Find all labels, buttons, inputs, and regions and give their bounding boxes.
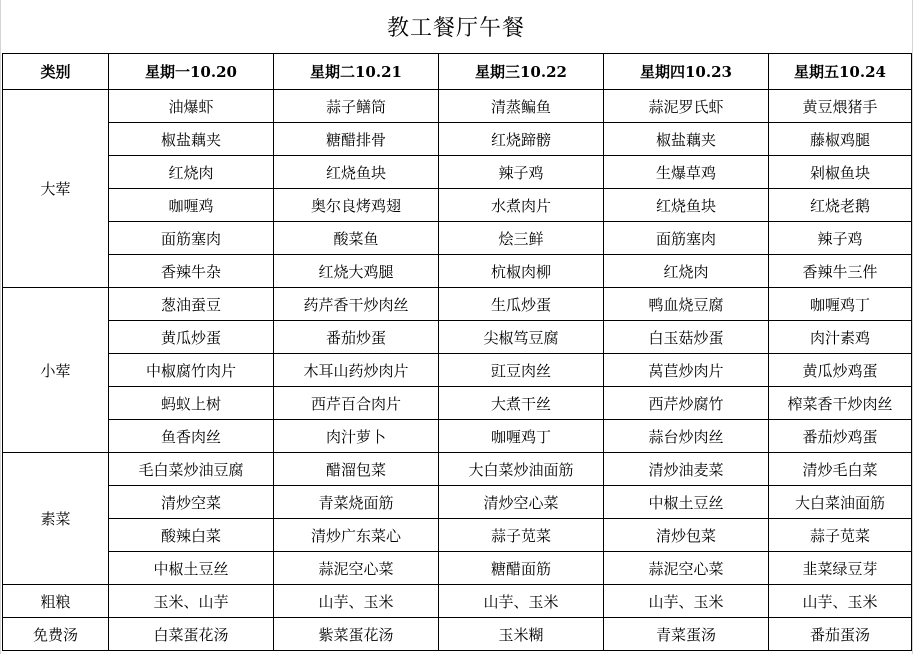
dish-cell: 玉米糊 [439, 618, 604, 651]
header-category: 类别 [3, 54, 109, 90]
header-row: 类别 星期一10.20 星期二10.21 星期三10.22 星期四10.23 星… [3, 54, 912, 90]
sheet-gridline [0, 0, 1, 654]
table-row: 红烧肉 红烧鱼块 辣子鸡 生爆草鸡 剁椒鱼块 [3, 156, 912, 189]
dish-cell: 鱼香肉丝 [109, 420, 274, 453]
dish-cell: 番茄炒鸡蛋 [769, 420, 912, 453]
dish-cell: 红烧蹄髈 [439, 123, 604, 156]
dish-cell: 奥尔良烤鸡翅 [274, 189, 439, 222]
dish-cell: 白菜蛋花汤 [109, 618, 274, 651]
category-cell: 粗粮 [3, 585, 109, 618]
dish-cell: 红烧肉 [109, 156, 274, 189]
table-row: 小荤 葱油蚕豆 药芹香干炒肉丝 生瓜炒蛋 鸭血烧豆腐 咖喱鸡丁 [3, 288, 912, 321]
dish-cell: 番茄炒蛋 [274, 321, 439, 354]
dish-cell: 蒜台炒肉丝 [604, 420, 769, 453]
dish-cell: 酸辣白菜 [109, 519, 274, 552]
dish-cell: 清炒油麦菜 [604, 453, 769, 486]
dish-cell: 清炒毛白菜 [769, 453, 912, 486]
dish-cell: 肉汁萝卜 [274, 420, 439, 453]
dish-cell: 莴苣炒肉片 [604, 354, 769, 387]
dish-cell: 青菜烧面筋 [274, 486, 439, 519]
dish-cell: 面筋塞肉 [604, 222, 769, 255]
dish-cell: 中椒土豆丝 [604, 486, 769, 519]
dish-cell: 红烧鱼块 [604, 189, 769, 222]
dish-cell: 醋溜包菜 [274, 453, 439, 486]
dish-cell: 榨菜香干炒肉丝 [769, 387, 912, 420]
dish-cell: 韭菜绿豆芽 [769, 552, 912, 585]
table-row: 香辣牛杂 红烧大鸡腿 杭椒肉柳 红烧肉 香辣牛三件 [3, 255, 912, 288]
dish-cell: 香辣牛杂 [109, 255, 274, 288]
dish-cell: 清炒空心菜 [439, 486, 604, 519]
table-row: 面筋塞肉 酸菜鱼 烩三鲜 面筋塞肉 辣子鸡 [3, 222, 912, 255]
dish-cell: 辣子鸡 [769, 222, 912, 255]
dish-cell: 鸭血烧豆腐 [604, 288, 769, 321]
dish-cell: 山芋、玉米 [769, 585, 912, 618]
dish-cell: 清炒广东菜心 [274, 519, 439, 552]
dish-cell: 山芋、玉米 [274, 585, 439, 618]
dish-cell: 中椒腐竹肉片 [109, 354, 274, 387]
dish-cell: 酸菜鱼 [274, 222, 439, 255]
dish-cell: 白玉菇炒蛋 [604, 321, 769, 354]
table-row: 免费汤 白菜蛋花汤 紫菜蛋花汤 玉米糊 青菜蛋汤 番茄蛋汤 [3, 618, 912, 651]
dish-cell: 西芹炒腐竹 [604, 387, 769, 420]
table-row: 中椒腐竹肉片 木耳山药炒肉片 豇豆肉丝 莴苣炒肉片 黄瓜炒鸡蛋 [3, 354, 912, 387]
dish-cell: 糖醋面筋 [439, 552, 604, 585]
dish-cell: 尖椒笃豆腐 [439, 321, 604, 354]
dish-cell: 红烧老鹅 [769, 189, 912, 222]
dish-cell: 大白菜炒油面筋 [439, 453, 604, 486]
dish-cell: 杭椒肉柳 [439, 255, 604, 288]
menu-table: 类别 星期一10.20 星期二10.21 星期三10.22 星期四10.23 星… [2, 53, 912, 651]
dish-cell: 番茄蛋汤 [769, 618, 912, 651]
dish-cell: 蒜泥罗氏虾 [604, 90, 769, 123]
dish-cell: 剁椒鱼块 [769, 156, 912, 189]
dish-cell: 椒盐藕夹 [109, 123, 274, 156]
dish-cell: 蒜子苋菜 [769, 519, 912, 552]
dish-cell: 藤椒鸡腿 [769, 123, 912, 156]
table-row: 中椒土豆丝 蒜泥空心菜 糖醋面筋 蒜泥空心菜 韭菜绿豆芽 [3, 552, 912, 585]
dish-cell: 蒜子苋菜 [439, 519, 604, 552]
table-row: 咖喱鸡 奥尔良烤鸡翅 水煮肉片 红烧鱼块 红烧老鹅 [3, 189, 912, 222]
dish-cell: 西芹百合肉片 [274, 387, 439, 420]
table-row: 粗粮 玉米、山芋 山芋、玉米 山芋、玉米 山芋、玉米 山芋、玉米 [3, 585, 912, 618]
dish-cell: 椒盐藕夹 [604, 123, 769, 156]
dish-cell: 黄豆煨猪手 [769, 90, 912, 123]
dish-cell: 清炒包菜 [604, 519, 769, 552]
dish-cell: 红烧大鸡腿 [274, 255, 439, 288]
dish-cell: 水煮肉片 [439, 189, 604, 222]
dish-cell: 黄瓜炒鸡蛋 [769, 354, 912, 387]
dish-cell: 木耳山药炒肉片 [274, 354, 439, 387]
dish-cell: 面筋塞肉 [109, 222, 274, 255]
dish-cell: 中椒土豆丝 [109, 552, 274, 585]
dish-cell: 大白菜油面筋 [769, 486, 912, 519]
dish-cell: 蚂蚁上树 [109, 387, 274, 420]
dish-cell: 山芋、玉米 [439, 585, 604, 618]
dish-cell: 黄瓜炒蛋 [109, 321, 274, 354]
dish-cell: 红烧鱼块 [274, 156, 439, 189]
dish-cell: 清蒸鳊鱼 [439, 90, 604, 123]
dish-cell: 辣子鸡 [439, 156, 604, 189]
dish-cell: 咖喱鸡 [109, 189, 274, 222]
table-row: 黄瓜炒蛋 番茄炒蛋 尖椒笃豆腐 白玉菇炒蛋 肉汁素鸡 [3, 321, 912, 354]
dish-cell: 毛白菜炒油豆腐 [109, 453, 274, 486]
dish-cell: 红烧肉 [604, 255, 769, 288]
header-day-thu: 星期四10.23 [604, 54, 769, 90]
dish-cell: 咖喱鸡丁 [439, 420, 604, 453]
dish-cell: 肉汁素鸡 [769, 321, 912, 354]
category-cell: 免费汤 [3, 618, 109, 651]
dish-cell: 紫菜蛋花汤 [274, 618, 439, 651]
header-day-wed: 星期三10.22 [439, 54, 604, 90]
category-cell: 小荤 [3, 288, 109, 453]
page-title: 教工餐厅午餐 [2, 0, 910, 53]
dish-cell: 玉米、山芋 [109, 585, 274, 618]
dish-cell: 生瓜炒蛋 [439, 288, 604, 321]
dish-cell: 香辣牛三件 [769, 255, 912, 288]
dish-cell: 药芹香干炒肉丝 [274, 288, 439, 321]
dish-cell: 蒜子鳝筒 [274, 90, 439, 123]
dish-cell: 生爆草鸡 [604, 156, 769, 189]
table-row: 椒盐藕夹 糖醋排骨 红烧蹄髈 椒盐藕夹 藤椒鸡腿 [3, 123, 912, 156]
table-row: 鱼香肉丝 肉汁萝卜 咖喱鸡丁 蒜台炒肉丝 番茄炒鸡蛋 [3, 420, 912, 453]
table-row: 大荤 油爆虾 蒜子鳝筒 清蒸鳊鱼 蒜泥罗氏虾 黄豆煨猪手 [3, 90, 912, 123]
category-cell: 大荤 [3, 90, 109, 288]
header-day-mon: 星期一10.20 [109, 54, 274, 90]
table-row: 蚂蚁上树 西芹百合肉片 大煮干丝 西芹炒腐竹 榨菜香干炒肉丝 [3, 387, 912, 420]
table-row: 清炒空菜 青菜烧面筋 清炒空心菜 中椒土豆丝 大白菜油面筋 [3, 486, 912, 519]
dish-cell: 咖喱鸡丁 [769, 288, 912, 321]
sheet-gridline [912, 0, 913, 654]
dish-cell: 蒜泥空心菜 [274, 552, 439, 585]
dish-cell: 葱油蚕豆 [109, 288, 274, 321]
header-day-fri: 星期五10.24 [769, 54, 912, 90]
dish-cell: 糖醋排骨 [274, 123, 439, 156]
dish-cell: 蒜泥空心菜 [604, 552, 769, 585]
category-cell: 素菜 [3, 453, 109, 585]
dish-cell: 豇豆肉丝 [439, 354, 604, 387]
dish-cell: 大煮干丝 [439, 387, 604, 420]
dish-cell: 油爆虾 [109, 90, 274, 123]
dish-cell: 烩三鲜 [439, 222, 604, 255]
table-row: 素菜 毛白菜炒油豆腐 醋溜包菜 大白菜炒油面筋 清炒油麦菜 清炒毛白菜 [3, 453, 912, 486]
dish-cell: 山芋、玉米 [604, 585, 769, 618]
dish-cell: 清炒空菜 [109, 486, 274, 519]
header-day-tue: 星期二10.21 [274, 54, 439, 90]
table-row: 酸辣白菜 清炒广东菜心 蒜子苋菜 清炒包菜 蒜子苋菜 [3, 519, 912, 552]
dish-cell: 青菜蛋汤 [604, 618, 769, 651]
